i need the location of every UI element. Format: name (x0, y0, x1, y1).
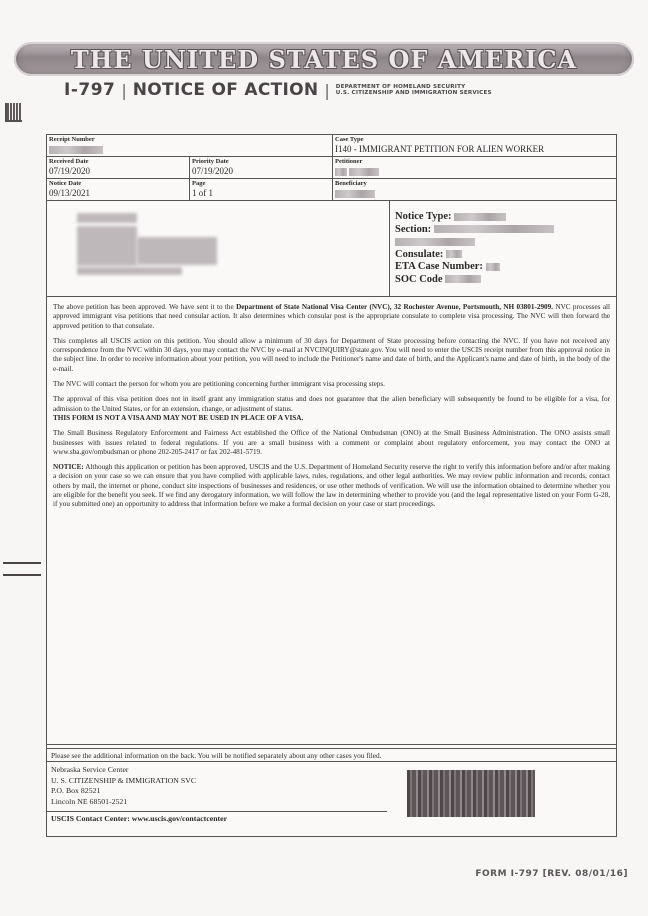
mailing-address-redacted (47, 201, 390, 296)
case-info-row: Received Date 07/19/2020 Priority Date 0… (47, 157, 616, 179)
fold-mark (3, 562, 41, 564)
petitioner-label: Petitioner (335, 158, 614, 166)
case-info-row: Receipt Number Case Type I140 - IMMIGRAN… (47, 135, 616, 157)
consulate-label: Consulate: (395, 249, 443, 260)
notice-type-field: Notice Type: (395, 211, 554, 224)
document-header: I-797 | NOTICE OF ACTION | DEPARTMENT OF… (64, 79, 492, 101)
banner-text: THE UNITED STATES OF AMERICA (71, 45, 577, 74)
beneficiary-label: Beneficiary (335, 180, 614, 188)
section-field-continued (395, 236, 554, 249)
mailing-info-block: Notice Type: Section: Consulate: ETA Cas… (47, 201, 616, 297)
notice-date-value: 09/13/2021 (49, 188, 187, 199)
paragraph-ombudsman: The Small Business Regulatory Enforcemen… (53, 429, 610, 457)
service-center-address: Nebraska Service Center U. S. CITIZENSHI… (47, 762, 387, 830)
seal-banner: THE UNITED STATES OF AMERICA (14, 42, 634, 76)
document-title: NOTICE OF ACTION (133, 80, 319, 100)
header-separator: | (121, 81, 126, 100)
address-line: Nebraska Service Center (51, 765, 383, 776)
paragraph-notice: NOTICE: Although this application or pet… (53, 463, 610, 509)
form-number: I-797 (64, 80, 115, 100)
beneficiary-cell: Beneficiary (333, 179, 616, 200)
agency-line-1: DEPARTMENT OF HOMELAND SECURITY (336, 84, 466, 90)
address-line: U. S. CITIZENSHIP & IMMIGRATION SVC (51, 776, 383, 787)
additional-info-note: Please see the additional information on… (47, 749, 616, 762)
datamatrix-code-icon (5, 103, 22, 122)
case-type-label: Case Type (335, 136, 614, 144)
notice-date-label: Notice Date (49, 180, 187, 188)
eta-case-number-label: ETA Case Number: (395, 261, 483, 272)
header-separator: | (324, 81, 329, 100)
form-revision: FORM I-797 [REV. 08/01/16] (475, 869, 628, 879)
section-field: Section: (395, 224, 554, 237)
receipt-number-value (49, 144, 330, 155)
page-cell: Page 1 of 1 (190, 179, 333, 200)
barcode-icon (407, 770, 535, 817)
notice-type-label: Notice Type: (395, 211, 451, 222)
page-label: Page (192, 180, 330, 188)
soc-code-label: SOC Code (395, 274, 443, 285)
agency-line-2: U.S. CITIZENSHIP AND IMMIGRATION SERVICE… (336, 90, 492, 96)
paragraph-approval: The above petition has been approved. We… (53, 303, 610, 331)
beneficiary-value (335, 188, 614, 199)
address-line: Lincoln NE 68501-2521 (51, 797, 383, 808)
consulate-field: Consulate: (395, 249, 554, 262)
notice-fields: Notice Type: Section: Consulate: ETA Cas… (390, 201, 554, 296)
page-value: 1 of 1 (192, 188, 330, 199)
paragraph-status-disclaimer: The approval of this visa petition does … (53, 395, 610, 423)
paragraph-uscis-action: This completes all USCIS action on this … (53, 337, 610, 374)
priority-date-label: Priority Date (192, 158, 330, 166)
not-a-visa-warning: THIS FORM IS NOT A VISA AND MAY NOT BE U… (53, 414, 610, 423)
notice-body: The above petition has been approved. We… (47, 297, 616, 745)
case-type-cell: Case Type I140 - IMMIGRANT PETITION FOR … (333, 135, 616, 156)
section-label: Section: (395, 224, 431, 235)
contact-center-link[interactable]: USCIS Contact Center: www.uscis.gov/cont… (47, 811, 387, 825)
received-date-label: Received Date (49, 158, 187, 166)
receipt-number-label: Receipt Number (49, 136, 330, 144)
service-center-block: Nebraska Service Center U. S. CITIZENSHI… (47, 762, 616, 830)
notice-sheet: Receipt Number Case Type I140 - IMMIGRAN… (46, 134, 617, 837)
petitioner-cell: Petitioner (333, 157, 616, 178)
paragraph-nvc-contact: The NVC will contact the person for whom… (53, 380, 610, 389)
receipt-number-cell: Receipt Number (47, 135, 333, 156)
address-line: P.O. Box 82521 (51, 786, 383, 797)
petitioner-value (335, 166, 614, 177)
fold-mark (3, 574, 41, 576)
notice-date-cell: Notice Date 09/13/2021 (47, 179, 190, 200)
received-date-value: 07/19/2020 (49, 166, 187, 177)
priority-date-value: 07/19/2020 (192, 166, 330, 177)
priority-date-cell: Priority Date 07/19/2020 (190, 157, 333, 178)
case-type-value: I140 - IMMIGRANT PETITION FOR ALIEN WORK… (335, 144, 614, 155)
agency-name: DEPARTMENT OF HOMELAND SECURITY U.S. CIT… (336, 84, 492, 97)
case-info-row: Notice Date 09/13/2021 Page 1 of 1 Benef… (47, 179, 616, 201)
received-date-cell: Received Date 07/19/2020 (47, 157, 190, 178)
eta-case-number-field: ETA Case Number: (395, 261, 554, 274)
soc-code-field: SOC Code (395, 274, 554, 287)
